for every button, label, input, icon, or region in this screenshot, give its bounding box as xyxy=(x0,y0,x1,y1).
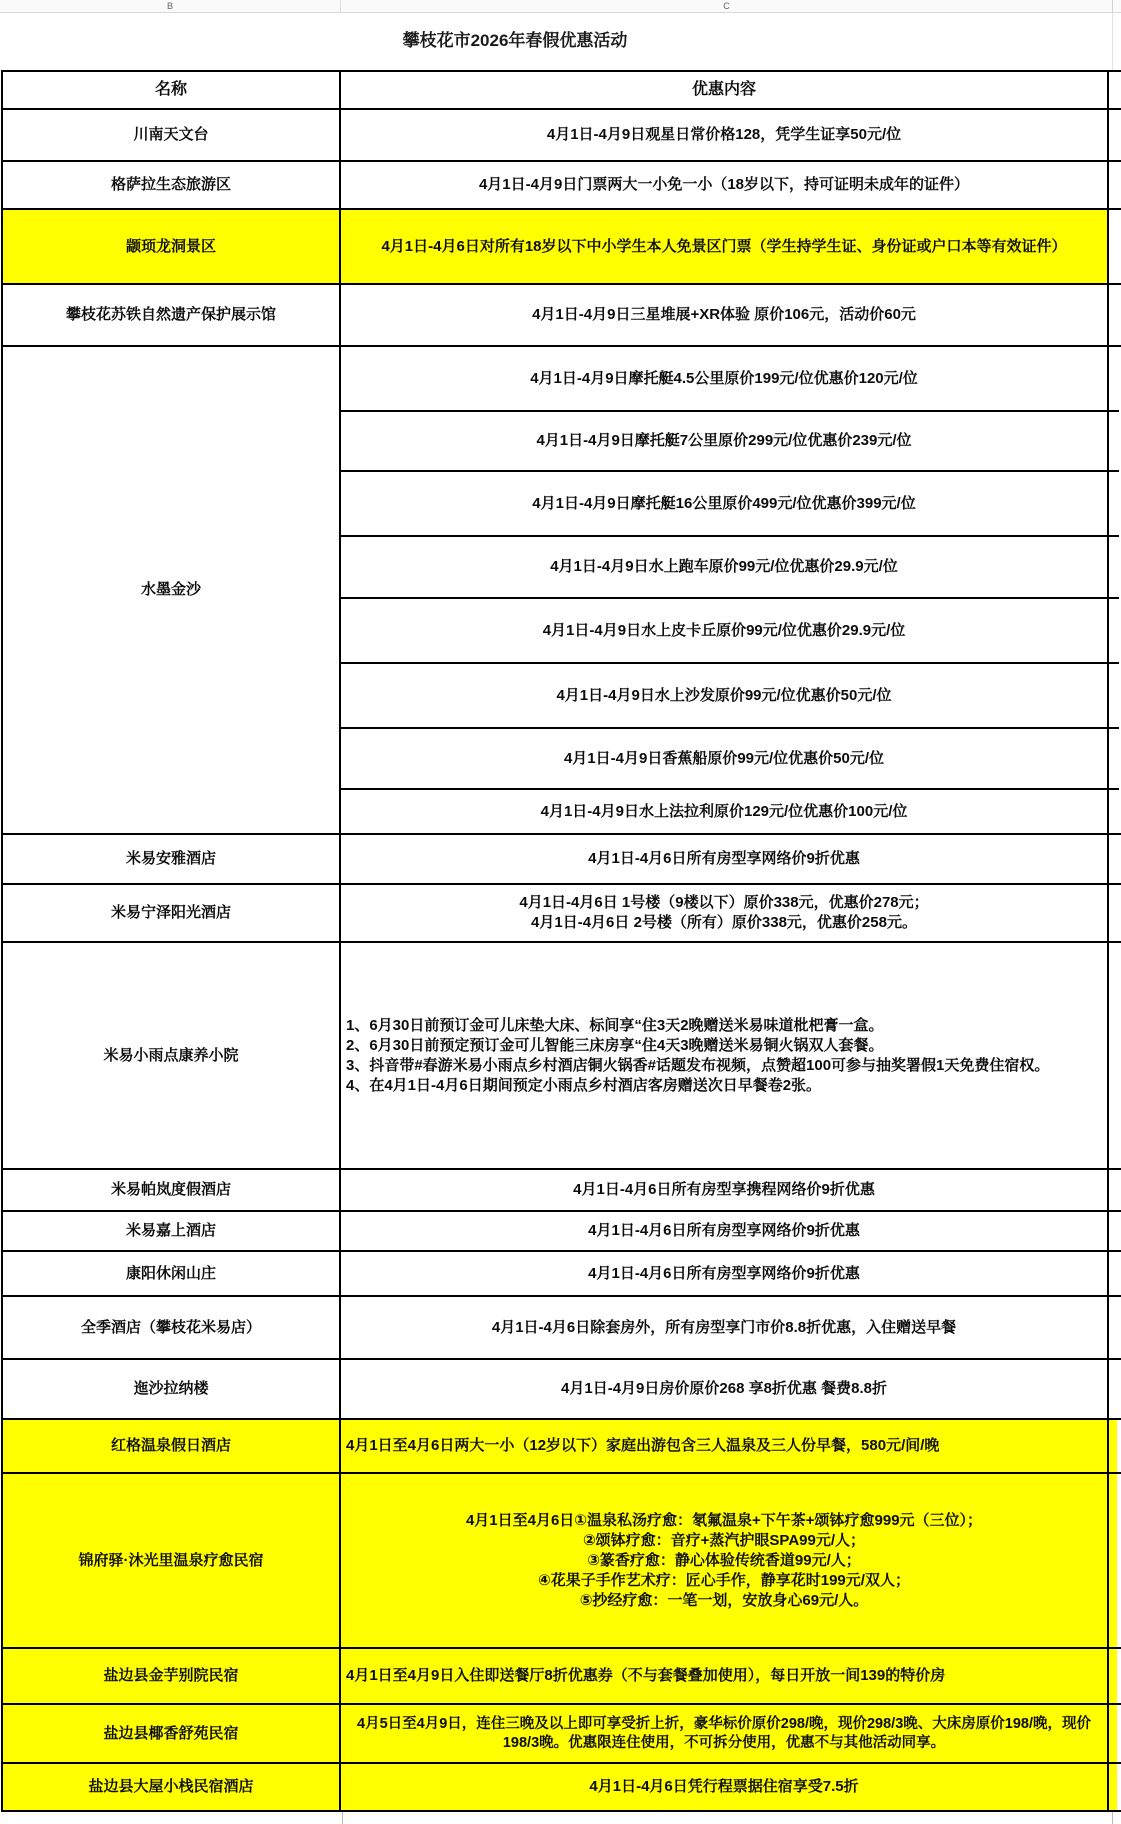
grid-sliver xyxy=(1109,729,1117,788)
offer-content-cell[interactable]: 4月1日-4月9日水上法拉利原价129元/位优惠价100元/位 xyxy=(341,790,1109,833)
offer-text: 1、6月30日前预订金可儿床垫大床、标间享“住3天2晚赠送米易味道枇杷膏一盒。 xyxy=(346,1016,1105,1036)
attraction-name-cell[interactable]: 川南天文台 xyxy=(3,110,341,160)
grid-sliver xyxy=(1109,285,1117,345)
offer-content-cell[interactable]: 4月1日-4月6日凭行程票据住宿享受7.5折 xyxy=(341,1764,1109,1810)
sub-row: 4月1日-4月9日摩托艇7公里原价299元/位优惠价239元/位 xyxy=(341,412,1119,472)
grid-sliver xyxy=(1109,885,1117,941)
grid-sliver xyxy=(1109,1360,1117,1418)
offer-text: ③篆香疗愈：静心体验传统香道99元/人； xyxy=(343,1551,1105,1571)
sub-row: 4月1日-4月9日水上法拉利原价129元/位优惠价100元/位 xyxy=(341,790,1119,833)
grid-sliver xyxy=(1109,943,1117,1168)
attraction-name-cell[interactable]: 米易嘉上酒店 xyxy=(3,1212,341,1250)
offer-text: 4月1日-4月9日摩托艇16公里原价499元/位优惠价399元/位 xyxy=(343,494,1105,514)
attraction-name-cell[interactable]: 盐边县金芋别院民宿 xyxy=(3,1649,341,1703)
grid-sliver xyxy=(1109,412,1117,470)
grid-sliver xyxy=(1109,1474,1117,1647)
attraction-name-cell[interactable]: 红格温泉假日酒店 xyxy=(3,1420,341,1472)
offer-content-cell[interactable]: 4月1日-4月9日观星日常价格128，凭学生证享50元/位 xyxy=(341,110,1109,160)
attraction-name-cell[interactable]: 盐边县大屋小栈民宿酒店 xyxy=(3,1764,341,1810)
table-row: 川南天文台4月1日-4月9日观星日常价格128，凭学生证享50元/位 xyxy=(3,110,1121,162)
empty-cell xyxy=(343,1812,1113,1824)
attraction-name-cell[interactable]: 米易安雅酒店 xyxy=(3,835,341,883)
offer-text: 4月1日-4月6日所有房型享网络价9折优惠 xyxy=(343,1221,1105,1241)
sub-row: 4月1日-4月9日摩托艇4.5公里原价199元/位优惠价120元/位 xyxy=(341,347,1119,412)
sub-row: 4月1日-4月9日水上跑车原价99元/位优惠价29.9元/位 xyxy=(341,537,1119,599)
offer-text: 3、抖音带#春游米易小雨点乡村酒店铜火锅香#话题发布视频，点赞超100可参与抽奖… xyxy=(346,1056,1105,1076)
table-row: 米易安雅酒店4月1日-4月6日所有房型享网络价9折优惠 xyxy=(3,835,1121,885)
offer-content-cell[interactable]: 4月1日-4月6日对所有18岁以下中小学生本人免景区门票（学生持学生证、身份证或… xyxy=(341,210,1109,283)
table-header-row: 名称 优惠内容 xyxy=(3,72,1121,110)
grid-sliver xyxy=(1109,664,1117,727)
grid-sliver xyxy=(1109,1212,1117,1250)
column-header-strip: B C xyxy=(0,0,1121,13)
offer-text: 4月1日-4月6日 1号楼（9楼以下）原价338元，优惠价278元； xyxy=(343,893,1105,913)
header-name-cell[interactable]: 名称 xyxy=(3,72,341,108)
offer-content-cell[interactable]: 1、6月30日前预订金可儿床垫大床、标间享“住3天2晚赠送米易味道枇杷膏一盒。2… xyxy=(341,943,1109,1168)
offer-content-cell[interactable]: 4月1日-4月9日摩托艇16公里原价499元/位优惠价399元/位 xyxy=(341,472,1109,535)
offer-text: 4月1日-4月6日所有房型享携程网络价9折优惠 xyxy=(343,1180,1105,1200)
offer-content-cell[interactable]: 4月1日-4月9日摩托艇4.5公里原价199元/位优惠价120元/位 xyxy=(341,347,1109,410)
grid-sliver xyxy=(1109,472,1117,535)
table-row: 全季酒店（攀枝花米易店）4月1日-4月6日除套房外，所有房型享门市价8.8折优惠… xyxy=(3,1297,1121,1360)
grid-sliver xyxy=(1109,110,1117,160)
offer-text: 4、在4月1日-4月6日期间预定小雨点乡村酒店客房赠送次日早餐卷2张。 xyxy=(346,1076,1105,1096)
offer-content-cell[interactable]: 4月1日-4月9日三星堆展+XR体验 原价106元，活动价60元 xyxy=(341,285,1109,345)
grid-sliver xyxy=(1109,599,1117,662)
offers-table: 名称 优惠内容 川南天文台4月1日-4月9日观星日常价格128，凭学生证享50元… xyxy=(1,70,1121,1812)
offer-text: 4月1日-4月9日三星堆展+XR体验 原价106元，活动价60元 xyxy=(343,305,1105,325)
attraction-name-cell[interactable]: 迤沙拉纳楼 xyxy=(3,1360,341,1418)
offer-content-cell[interactable]: 4月1日-4月6日所有房型享携程网络价9折优惠 xyxy=(341,1170,1109,1210)
title-row: 攀枝花市2026年春假优惠活动 xyxy=(0,13,1121,70)
table-row: 颛顼龙洞景区4月1日-4月6日对所有18岁以下中小学生本人免景区门票（学生持学生… xyxy=(3,210,1121,285)
table-row: 攀枝花苏铁自然遗产保护展示馆4月1日-4月9日三星堆展+XR体验 原价106元，… xyxy=(3,285,1121,347)
offer-text: ⑤抄经疗愈：一笔一划，安放身心69元/人。 xyxy=(343,1591,1105,1611)
attraction-name-cell[interactable]: 盐边县椰香舒苑民宿 xyxy=(3,1705,341,1762)
offer-text: 4月1日-4月9日摩托艇7公里原价299元/位优惠价239元/位 xyxy=(343,431,1105,451)
table-row: 米易宁泽阳光酒店4月1日-4月6日 1号楼（9楼以下）原价338元，优惠价278… xyxy=(3,885,1121,943)
attraction-name-cell[interactable]: 颛顼龙洞景区 xyxy=(3,210,341,283)
table-row: 红格温泉假日酒店4月1日至4月6日两大一小（12岁以下）家庭出游包含三人温泉及三… xyxy=(3,1420,1121,1474)
grid-sliver xyxy=(1109,347,1117,410)
attraction-name-cell[interactable]: 格萨拉生态旅游区 xyxy=(3,162,341,208)
attraction-name-cell[interactable]: 水墨金沙 xyxy=(3,347,341,833)
attraction-name-cell[interactable]: 全季酒店（攀枝花米易店） xyxy=(3,1297,341,1358)
offer-text: 4月1日-4月9日水上沙发原价99元/位优惠价50元/位 xyxy=(343,686,1105,706)
grid-sliver xyxy=(1109,537,1117,597)
offer-text: 4月1日-4月9日水上法拉利原价129元/位优惠价100元/位 xyxy=(343,802,1105,822)
offer-content-cell[interactable]: 4月1日-4月6日 1号楼（9楼以下）原价338元，优惠价278元；4月1日-4… xyxy=(341,885,1109,941)
sub-row: 4月1日-4月9日水上皮卡丘原价99元/位优惠价29.9元/位 xyxy=(341,599,1119,664)
grid-sliver xyxy=(1109,1705,1117,1762)
table-row: 盐边县金芋别院民宿4月1日至4月9日入住即送餐厅8折优惠券（不与套餐叠加使用），… xyxy=(3,1649,1121,1705)
attraction-name-cell[interactable]: 攀枝花苏铁自然遗产保护展示馆 xyxy=(3,285,341,345)
grid-sliver xyxy=(1109,790,1117,833)
offer-content-cell[interactable]: 4月1日-4月9日水上跑车原价99元/位优惠价29.9元/位 xyxy=(341,537,1109,597)
attraction-name-cell[interactable]: 锦府驿·沐光里温泉疗愈民宿 xyxy=(3,1474,341,1647)
offer-text: 4月1日-4月6日所有房型享网络价9折优惠 xyxy=(343,1264,1105,1284)
grid-sliver xyxy=(1109,1764,1117,1810)
next-row-partial xyxy=(1,1812,1121,1824)
grid-sliver xyxy=(1109,1170,1117,1210)
offer-text: 4月1日至4月6日①温泉私汤疗愈：氡氟温泉+下午茶+颂钵疗愈999元（三位）； xyxy=(343,1511,1105,1531)
offer-text: 4月1日-4月6日除套房外，所有房型享门市价8.8折优惠，入住赠送早餐 xyxy=(343,1318,1105,1338)
sub-row: 4月1日-4月9日香蕉船原价99元/位优惠价50元/位 xyxy=(341,729,1119,790)
offer-text: ④花果子手作艺术疗：匠心手作，静享花时199元/双人； xyxy=(343,1571,1105,1591)
header-content-cell[interactable]: 优惠内容 xyxy=(341,72,1109,108)
table-row: 盐边县大屋小栈民宿酒店4月1日-4月6日凭行程票据住宿享受7.5折 xyxy=(3,1764,1121,1812)
offer-text: 4月1日至4月6日两大一小（12岁以下）家庭出游包含三人温泉及三人份早餐，580… xyxy=(346,1436,1105,1456)
table-row: 水墨金沙4月1日-4月9日摩托艇4.5公里原价199元/位优惠价120元/位4月… xyxy=(3,347,1121,835)
offer-content-cell[interactable]: 4月1日-4月9日门票两大一小免一小（18岁以下，持可证明未成年的证件） xyxy=(341,162,1109,208)
offer-content-cell[interactable]: 4月1日-4月6日除套房外，所有房型享门市价8.8折优惠，入住赠送早餐 xyxy=(341,1297,1109,1358)
column-letter-c[interactable]: C xyxy=(341,0,1113,12)
offer-text: 4月1日-4月9日水上跑车原价99元/位优惠价29.9元/位 xyxy=(343,557,1105,577)
table-row: 米易嘉上酒店4月1日-4月6日所有房型享网络价9折优惠 xyxy=(3,1212,1121,1252)
table-row: 康阳休闲山庄4月1日-4月6日所有房型享网络价9折优惠 xyxy=(3,1252,1121,1297)
grid-sliver xyxy=(1109,1420,1117,1472)
offer-content-cell[interactable]: 4月1日至4月9日入住即送餐厅8折优惠券（不与套餐叠加使用），每日开放一间139… xyxy=(341,1649,1109,1703)
offer-text: 2、6月30日前预定预订金可儿智能三床房享“住4天3晚赠送米易铜火锅双人套餐。 xyxy=(346,1036,1105,1056)
offer-content-cell[interactable]: 4月1日-4月9日摩托艇7公里原价299元/位优惠价239元/位 xyxy=(341,412,1109,470)
offer-text: 4月1日-4月9日观星日常价格128，凭学生证享50元/位 xyxy=(343,125,1105,145)
offer-content-cell[interactable]: 4月1日-4月6日所有房型享网络价9折优惠 xyxy=(341,1252,1109,1295)
attraction-name-cell[interactable]: 康阳休闲山庄 xyxy=(3,1252,341,1295)
offer-text: 4月1日至4月9日入住即送餐厅8折优惠券（不与套餐叠加使用），每日开放一间139… xyxy=(346,1666,1105,1686)
offer-text: 4月1日-4月6日 2号楼（所有）原价338元，优惠价258元。 xyxy=(343,913,1105,933)
offer-content-cell[interactable]: 4月1日至4月6日两大一小（12岁以下）家庭出游包含三人温泉及三人份早餐，580… xyxy=(341,1420,1109,1472)
offer-content-cell[interactable]: 4月1日-4月9日房价原价268 享8折优惠 餐费8.8折 xyxy=(341,1360,1109,1418)
grid-sliver xyxy=(1109,1297,1117,1358)
offer-content-cell[interactable]: 4月5日至4月9日，连住三晚及以上即可享受折上折，豪华标价原价298/晚，现价2… xyxy=(341,1705,1109,1762)
page-title[interactable]: 攀枝花市2026年春假优惠活动 xyxy=(0,13,1030,69)
grid-sliver xyxy=(1109,1252,1117,1295)
table-row: 迤沙拉纳楼4月1日-4月9日房价原价268 享8折优惠 餐费8.8折 xyxy=(3,1360,1121,1420)
grid-sliver xyxy=(1109,162,1117,208)
grid-sliver xyxy=(1109,835,1117,883)
table-row: 格萨拉生态旅游区4月1日-4月9日门票两大一小免一小（18岁以下，持可证明未成年… xyxy=(3,162,1121,210)
sub-row: 4月1日-4月9日水上沙发原价99元/位优惠价50元/位 xyxy=(341,664,1119,729)
sub-row: 4月1日-4月9日摩托艇16公里原价499元/位优惠价399元/位 xyxy=(341,472,1119,537)
offer-content-cell[interactable]: 4月1日-4月9日香蕉船原价99元/位优惠价50元/位 xyxy=(341,729,1109,788)
table-row: 米易帕岚度假酒店4月1日-4月6日所有房型享携程网络价9折优惠 xyxy=(3,1170,1121,1212)
offer-text: 4月5日至4月9日，连住三晚及以上即可享受折上折，豪华标价原价298/晚，现价2… xyxy=(343,1715,1105,1753)
offer-text: 4月1日-4月9日摩托艇4.5公里原价199元/位优惠价120元/位 xyxy=(343,369,1105,389)
grid-sliver xyxy=(1109,72,1117,108)
offer-content-cell[interactable]: 4月1日-4月6日所有房型享网络价9折优惠 xyxy=(341,835,1109,883)
grid-sliver xyxy=(1109,1649,1117,1703)
table-row: 锦府驿·沐光里温泉疗愈民宿4月1日至4月6日①温泉私汤疗愈：氡氟温泉+下午茶+颂… xyxy=(3,1474,1121,1649)
offer-text: 4月1日-4月6日所有房型享网络价9折优惠 xyxy=(343,849,1105,869)
attraction-name-cell[interactable]: 米易小雨点康养小院 xyxy=(3,943,341,1168)
offer-content-cell[interactable]: 4月1日-4月9日水上沙发原价99元/位优惠价50元/位 xyxy=(341,664,1109,727)
offer-text: 4月1日-4月9日香蕉船原价99元/位优惠价50元/位 xyxy=(343,749,1105,769)
table-row: 盐边县椰香舒苑民宿4月5日至4月9日，连住三晚及以上即可享受折上折，豪华标价原价… xyxy=(3,1705,1121,1764)
offer-text: ②颂钵疗愈：音疗+蒸汽护眼SPA99元/人； xyxy=(343,1531,1105,1551)
attraction-name-cell[interactable]: 米易帕岚度假酒店 xyxy=(3,1170,341,1210)
offer-content-cell[interactable]: 4月1日至4月6日①温泉私汤疗愈：氡氟温泉+下午茶+颂钵疗愈999元（三位）；②… xyxy=(341,1474,1109,1647)
offer-text: 4月1日-4月9日门票两大一小免一小（18岁以下，持可证明未成年的证件） xyxy=(343,175,1105,195)
offer-text: 4月1日-4月6日对所有18岁以下中小学生本人免景区门票（学生持学生证、身份证或… xyxy=(343,237,1105,257)
column-letter-b[interactable]: B xyxy=(0,0,341,12)
grid-sliver xyxy=(1109,210,1117,283)
offer-text: 4月1日-4月9日水上皮卡丘原价99元/位优惠价29.9元/位 xyxy=(343,621,1105,641)
offer-text: 4月1日-4月6日凭行程票据住宿享受7.5折 xyxy=(343,1777,1105,1797)
offer-text: 4月1日-4月9日房价原价268 享8折优惠 餐费8.8折 xyxy=(343,1379,1105,1399)
table-row: 米易小雨点康养小院1、6月30日前预订金可儿床垫大床、标间享“住3天2晚赠送米易… xyxy=(3,943,1121,1170)
empty-cell xyxy=(1,1812,343,1824)
table-body: 川南天文台4月1日-4月9日观星日常价格128，凭学生证享50元/位格萨拉生态旅… xyxy=(3,110,1121,1812)
offer-content-cell[interactable]: 4月1日-4月9日水上皮卡丘原价99元/位优惠价29.9元/位 xyxy=(341,599,1109,662)
attraction-name-cell[interactable]: 米易宁泽阳光酒店 xyxy=(3,885,341,941)
offer-content-cell[interactable]: 4月1日-4月6日所有房型享网络价9折优惠 xyxy=(341,1212,1109,1250)
